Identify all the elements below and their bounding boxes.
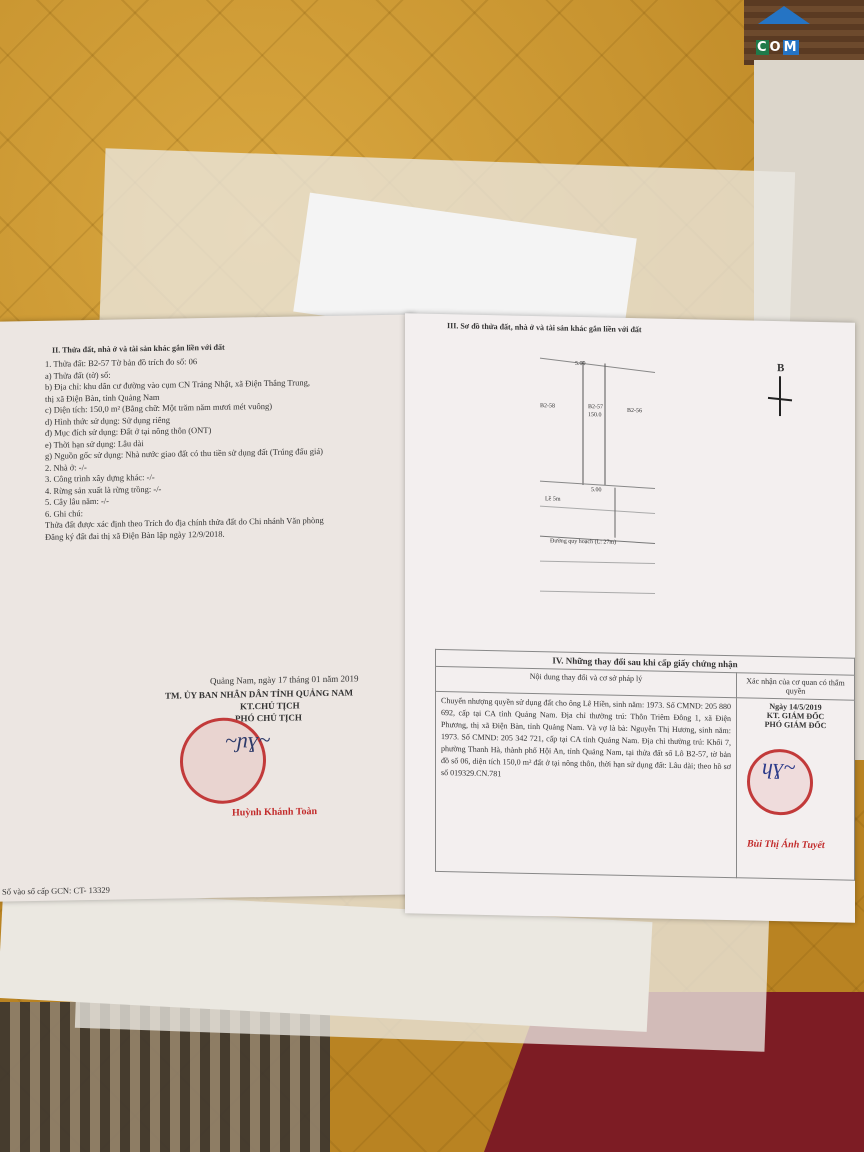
top-width: 5.00 — [575, 359, 586, 371]
logo-m: M — [783, 40, 799, 55]
parcel-diagram — [525, 346, 685, 609]
compass-icon — [765, 376, 795, 417]
confirm-signature: ɥɣ~ — [762, 754, 795, 781]
changes-table: IV. Những thay đổi sau khi cấp giấy chứn… — [435, 649, 855, 881]
section-iii-title: III. Sơ đồ thửa đất, nhà ở và tài sản kh… — [447, 320, 642, 336]
land-certificate-booklet: II. Thửa đất, nhà ở và tài sản khác gắn … — [0, 318, 864, 928]
watermark-logo: COM — [752, 4, 816, 60]
logo-o: O — [769, 40, 783, 55]
authority: TM. ỦY BAN NHÂN DÂN TỈNH QUẢNG NAM — [165, 687, 353, 702]
col-confirm-header: Xác nhận của cơ quan có thẩm quyền — [737, 673, 855, 700]
house-icon — [758, 6, 810, 24]
land-details: 1. Thửa đất: B2-57 Tờ bản đồ trích đo số… — [45, 353, 405, 543]
left-page: II. Thửa đất, nhà ở và tài sản khác gắn … — [0, 314, 415, 901]
parcel-area: 150.0 — [588, 410, 602, 422]
left-neighbor: B2-58 — [540, 401, 555, 413]
right-page: III. Sơ đồ thửa đất, nhà ở và tài sản kh… — [405, 313, 855, 922]
section-ii-title: II. Thửa đất, nhà ở và tài sản khác gắn … — [52, 342, 225, 357]
right-neighbor: B2-56 — [627, 406, 642, 418]
sidewalk-label: Lề 5m — [545, 494, 561, 506]
north-label: B — [777, 363, 784, 375]
date-line: Quảng Nam, ngày 17 tháng 01 năm 2019 — [210, 673, 358, 687]
road-label: Đường quy hoạch (L: 27m) — [550, 536, 616, 549]
signature: ~ɲɣ~ — [225, 727, 270, 754]
change-content: Chuyển nhượng quyền sử dụng đất cho ông … — [436, 691, 737, 877]
bottom-width: 5.00 — [591, 485, 602, 497]
confirm-title2: PHÓ GIÁM ĐỐC — [742, 719, 849, 730]
logo-c: C — [756, 40, 769, 55]
confirm-signer: Bùi Thị Ánh Tuyết — [747, 838, 825, 851]
title-chairman: KT.CHỦ TỊCH — [240, 700, 300, 713]
signer-name: Huỳnh Khánh Toàn — [232, 806, 317, 818]
registry-number: Số vào sổ cấp GCN: CT- 13329 — [2, 885, 110, 898]
